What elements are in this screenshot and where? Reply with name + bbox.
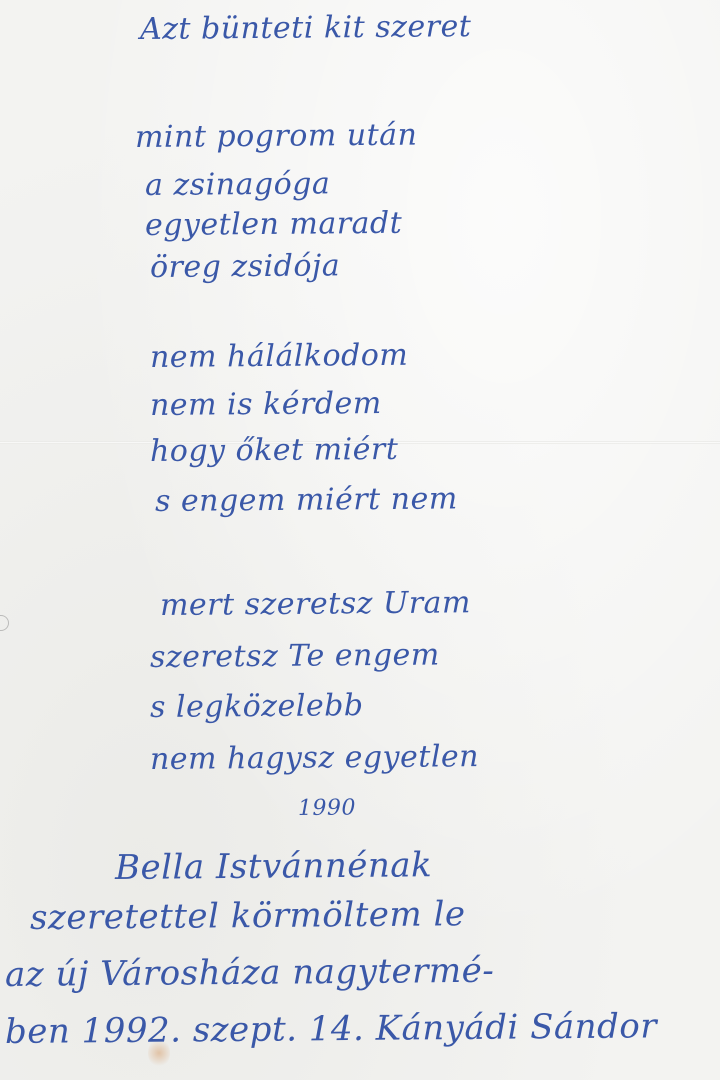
poem-line: nem hálálkodom xyxy=(150,338,409,375)
poem-line: egyetlen maradt xyxy=(145,206,403,243)
poem-line: s engem miért nem xyxy=(155,481,458,519)
poem-year: 1990 xyxy=(298,795,356,821)
dedication-line: szeretettel körmöltem le xyxy=(30,894,466,938)
poem-line: nem hagysz egyetlen xyxy=(150,739,479,777)
poem-line: öreg zsidója xyxy=(150,248,340,285)
poem-line: a zsinagóga xyxy=(145,166,331,203)
dedication-signature-line: ben 1992. szept. 14. Kányádi Sándor xyxy=(5,1006,657,1052)
dedication-line: Bella Istvánnénak xyxy=(115,845,432,888)
poem-line: nem is kérdem xyxy=(150,386,382,423)
poem-line: szeretsz Te engem xyxy=(150,637,440,675)
dedication-line: az új Városháza nagytermé- xyxy=(5,951,495,995)
poem-line: s legközelebb xyxy=(150,688,364,725)
poem-title-line: Azt bünteti kit szeret xyxy=(140,9,472,47)
poem-line: mert szeretsz Uram xyxy=(160,585,471,623)
poem-line: mint pogrom után xyxy=(135,118,418,155)
poem-line: hogy őket miért xyxy=(150,432,399,469)
